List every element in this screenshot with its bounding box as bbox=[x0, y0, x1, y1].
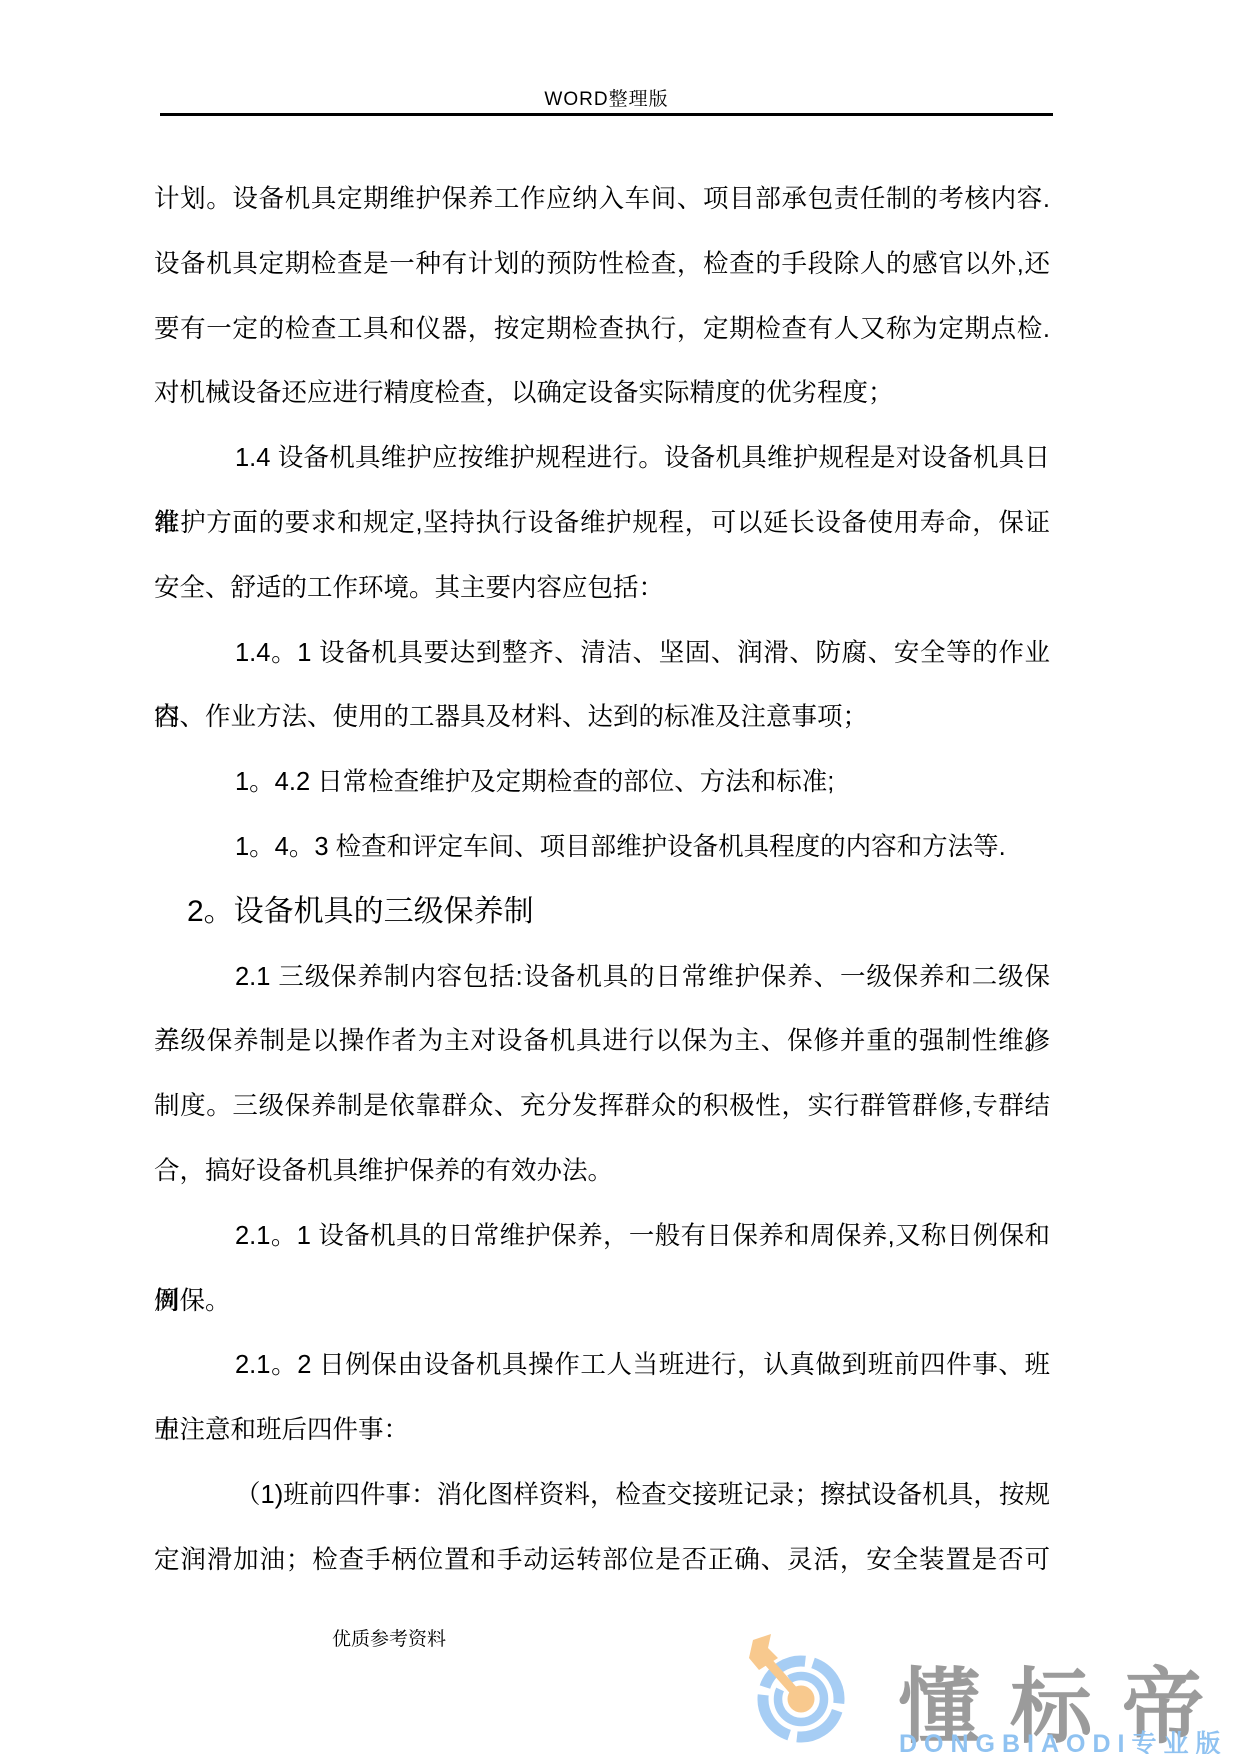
text-line: 维护方面的要求和规定,坚持执行设备维护规程，可以延长设备使用寿命，保证 bbox=[154, 491, 1050, 556]
footer-note: 优质参考资料 bbox=[332, 1624, 446, 1651]
text-line: 计划。设备机具定期维护保养工作应纳入车间、项目部承包责任制的考核内容. bbox=[154, 167, 1050, 232]
text-line: 安全、舒适的工作环境。其主要内容应包括： bbox=[154, 556, 1050, 621]
text-line: 1.4。1 设备机具要达到整齐、清洁、坚固、润滑、防腐、安全等的作业内 bbox=[154, 621, 1050, 686]
text-line: 定润滑加油；检查手柄位置和手动运转部位是否正确、灵活，安全装置是否可 bbox=[154, 1528, 1050, 1593]
document-lines: 计划。设备机具定期维护保养工作应纳入车间、项目部承包责任制的考核内容.设备机具定… bbox=[154, 167, 1050, 1593]
text-line: 1.4 设备机具维护应按维护规程进行。设备机具维护规程是对设备机具日常 bbox=[154, 426, 1050, 491]
brand-name-en: DONGBIAODI专业版 bbox=[899, 1724, 1228, 1754]
text-line: 2.1。1 设备机具的日常维护保养，一般有日保养和周保养,又称日例保和周 bbox=[154, 1204, 1050, 1269]
text-line: 五注意和班后四件事： bbox=[154, 1398, 1050, 1463]
text-line: 三级保养制是以操作者为主对设备机具进行以保为主、保修并重的强制性维修 bbox=[154, 1009, 1050, 1074]
section-heading: 2。设备机具的三级保养制 bbox=[154, 880, 1050, 945]
text-line: 2.1 三级保养制内容包括:设备机具的日常维护保养、一级保养和二级保养。 bbox=[154, 945, 1050, 1010]
text-line: 1。4。3 检查和评定车间、项目部维护设备机具程度的内容和方法等. bbox=[154, 815, 1050, 880]
text-line: 2.1。2 日例保由设备机具操作工人当班进行，认真做到班前四件事、班中 bbox=[154, 1333, 1050, 1398]
text-line: （1)班前四件事：消化图样资料，检查交接班记录；擦拭设备机具，按规 bbox=[154, 1463, 1050, 1528]
text-line: 1。4.2 日常检查维护及定期检查的部位、方法和标准; bbox=[154, 750, 1050, 815]
text-line: 设备机具定期检查是一种有计划的预防性检查，检查的手段除人的感官以外,还 bbox=[154, 232, 1050, 297]
header-rule bbox=[160, 113, 1053, 116]
text-line: 合，搞好设备机具维护保养的有效办法。 bbox=[154, 1139, 1050, 1204]
text-line: 制度。三级保养制是依靠群众、充分发挥群众的积极性，实行群管群修,专群结 bbox=[154, 1074, 1050, 1139]
text-line: 对机械设备还应进行精度检查，以确定设备实际精度的优劣程度； bbox=[154, 361, 1050, 426]
target-dart-icon bbox=[738, 1628, 864, 1754]
page-header-title: WORD整理版 bbox=[160, 84, 1053, 111]
text-line: 容、作业方法、使用的工器具及材料、达到的标准及注意事项； bbox=[154, 685, 1050, 750]
text-line: 要有一定的检查工具和仪器，按定期检查执行，定期检查有人又称为定期点检. bbox=[154, 297, 1050, 362]
brand-watermark: 懂标帝 DONGBIAODI专业版 bbox=[738, 1628, 1241, 1754]
text-line: 例保。 bbox=[154, 1269, 1050, 1334]
